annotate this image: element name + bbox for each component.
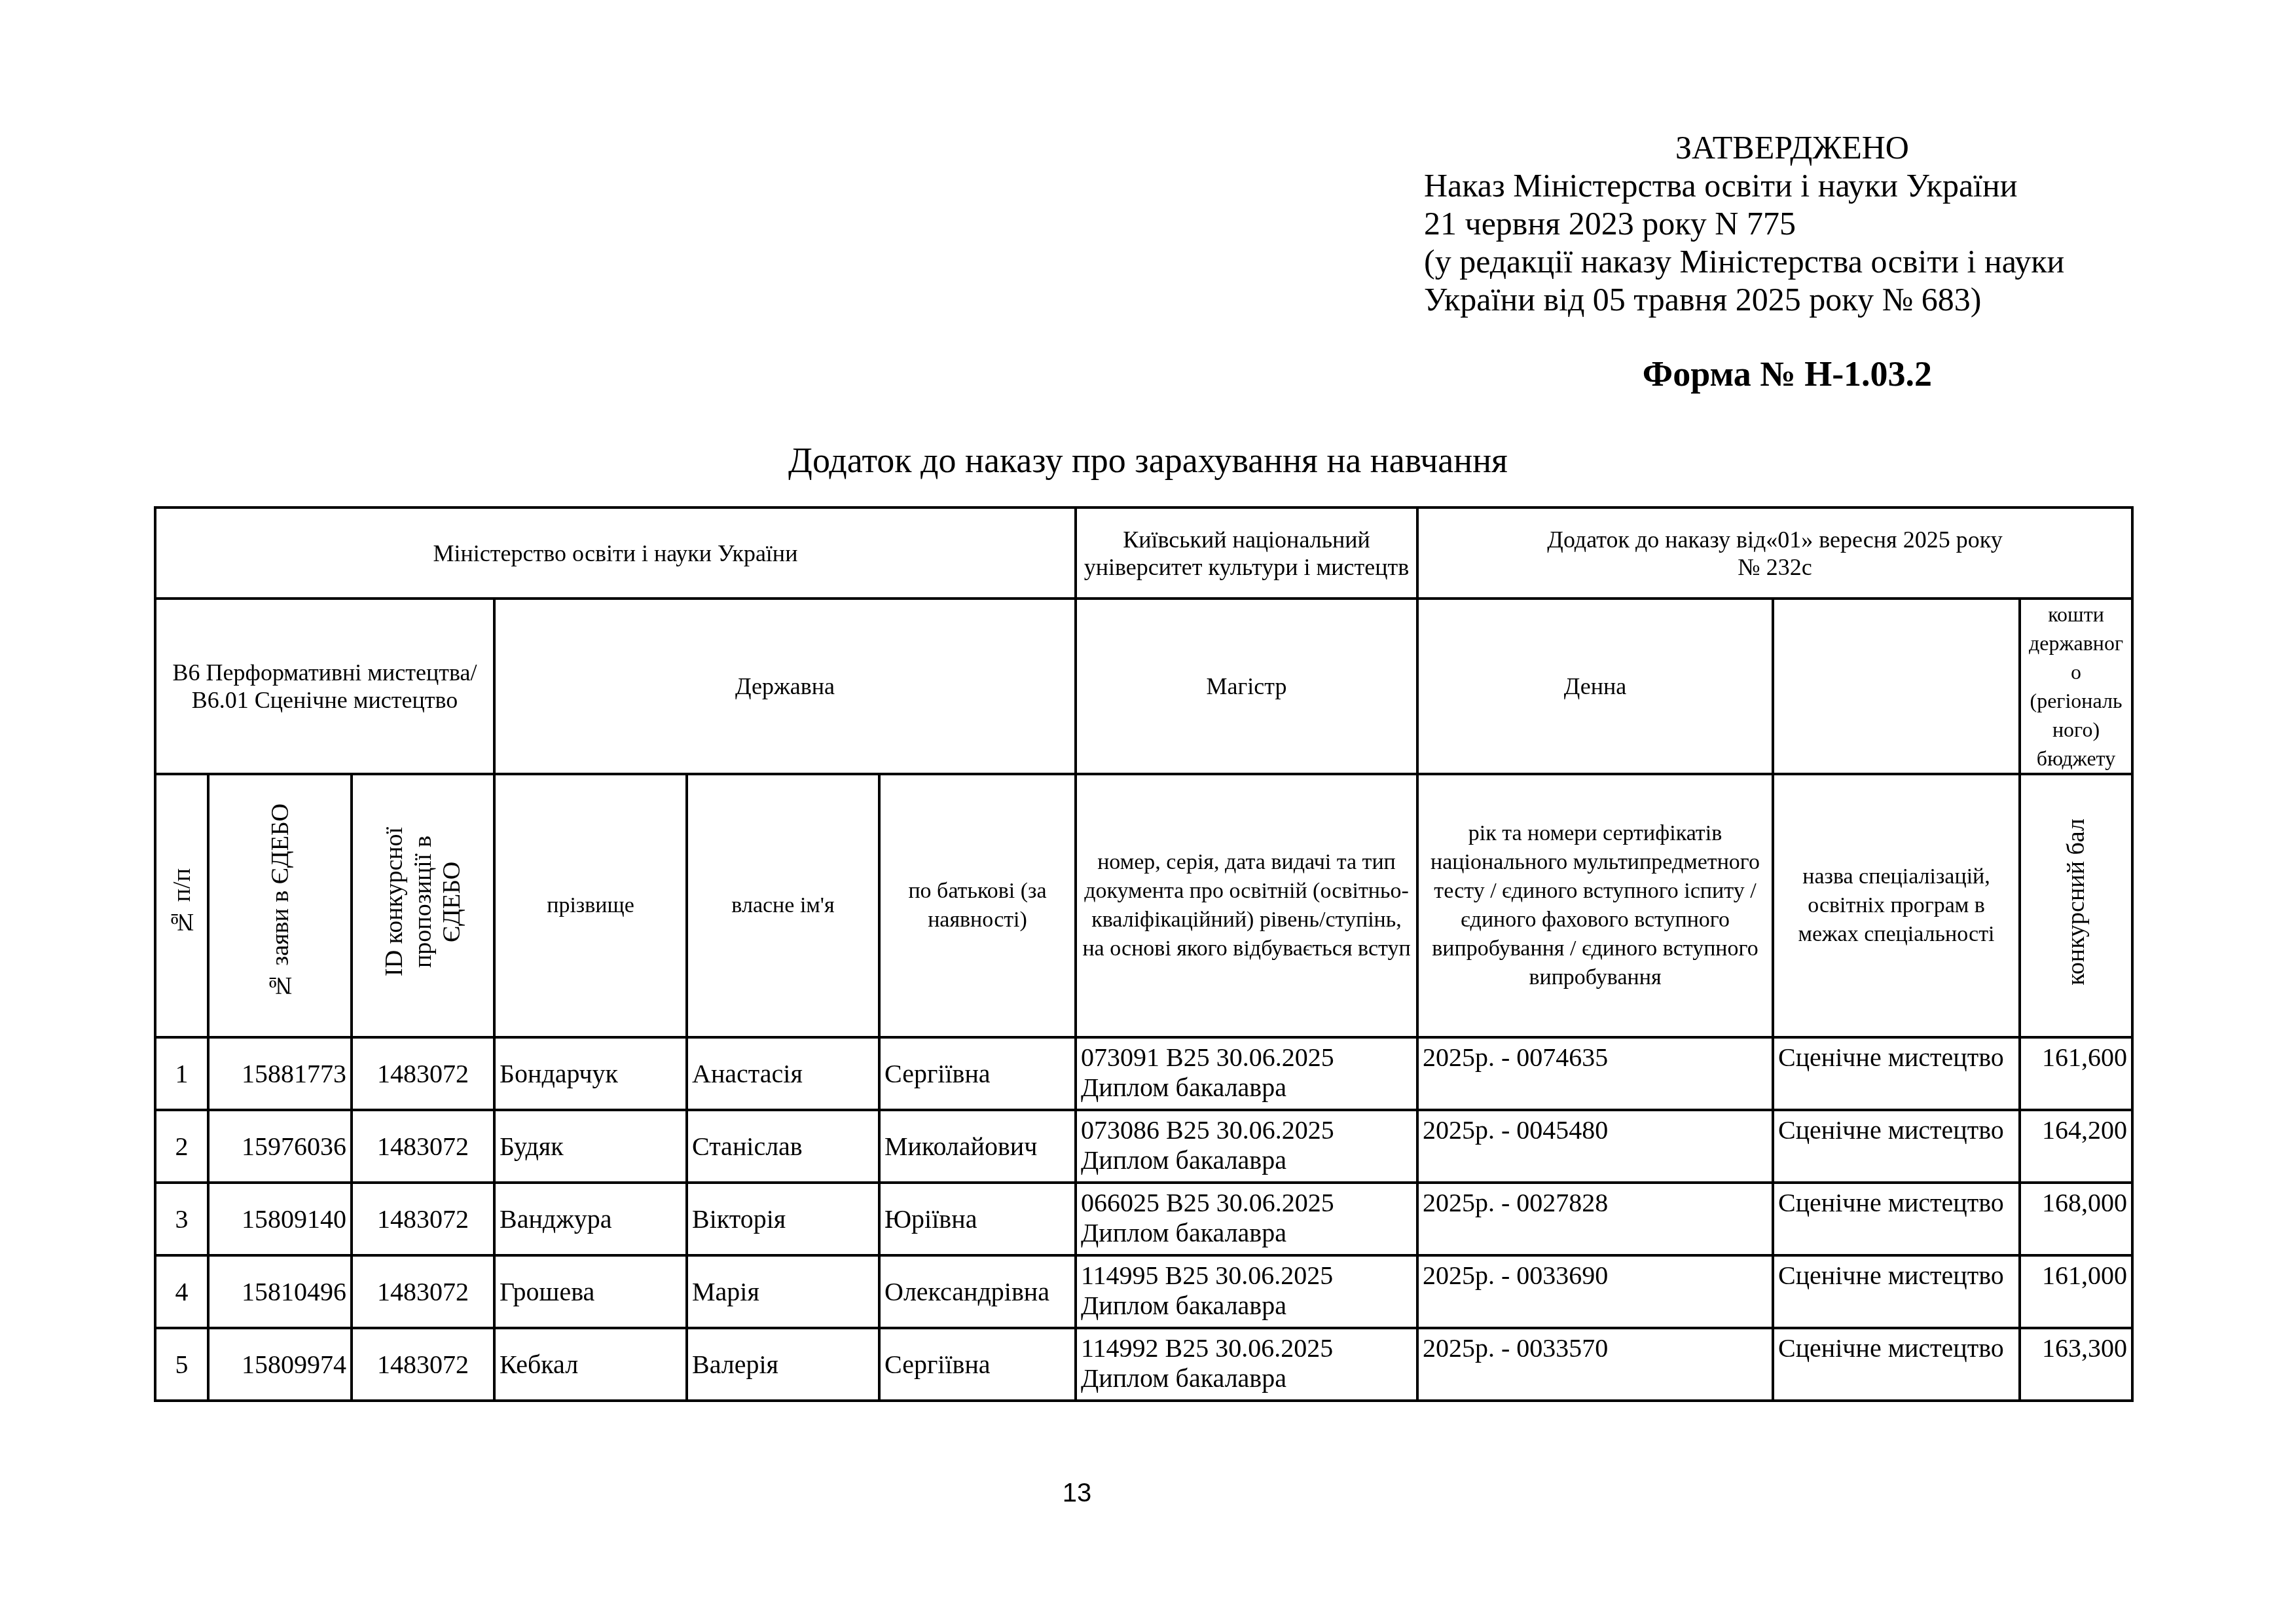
col-header-number: № п/п: [155, 774, 208, 1037]
study-form-cell: Денна: [1417, 599, 1773, 774]
competitive-score: 161,000: [2020, 1255, 2132, 1328]
col-header-offer-id: ID конкурсної пропозиції в ЄДЕБО: [352, 774, 494, 1037]
approval-block: ЗАТВЕРДЖЕНО Наказ Міністерства освіти і …: [1424, 128, 2160, 318]
col-header-document: номер, серія, дата видачі та тип докумен…: [1076, 774, 1417, 1037]
row-number: 1: [155, 1037, 208, 1110]
approved-heading: ЗАТВЕРДЖЕНО: [1424, 128, 2160, 166]
education-document: 114992 В25 30.06.2025Диплом бакалавра: [1076, 1328, 1417, 1401]
form-number: Форма № Н-1.03.2: [1375, 354, 2200, 394]
specialization: Сценічне мистецтво: [1773, 1328, 2020, 1401]
specialization: Сценічне мистецтво: [1773, 1255, 2020, 1328]
document-title: Додаток до наказу про зарахування на нав…: [0, 440, 2296, 481]
certificate: 2025р. - 0033570: [1417, 1328, 1773, 1401]
row-number: 5: [155, 1328, 208, 1401]
first-name: Вікторія: [687, 1183, 879, 1255]
specialization: Сценічне мистецтво: [1773, 1183, 2020, 1255]
certificate: 2025р. - 0045480: [1417, 1110, 1773, 1183]
blank-cell: [1773, 599, 2020, 774]
offer-id: 1483072: [352, 1255, 494, 1328]
order-date: Додаток до наказу від«01» вересня 2025 р…: [1423, 526, 2127, 553]
competitive-score: 163,300: [2020, 1328, 2132, 1401]
degree-cell: Магістр: [1076, 599, 1417, 774]
ministry-cell: Міністерство освіти і науки України: [155, 507, 1076, 599]
table-row: 4 15810496 1483072 Грошева Марія Олексан…: [155, 1255, 2132, 1328]
col-header-specialization: назва спеціалізацій, освітніх програм в …: [1773, 774, 2020, 1037]
enrollment-table: Міністерство освіти і науки України Київ…: [154, 506, 2134, 1402]
header-row-organization: Міністерство освіти і науки України Київ…: [155, 507, 2132, 599]
application-number: 15809974: [208, 1328, 352, 1401]
order-cell: Додаток до наказу від«01» вересня 2025 р…: [1417, 507, 2132, 599]
education-document: 066025 В25 30.06.2025Диплом бакалавра: [1076, 1183, 1417, 1255]
patronymic: Олександрівна: [879, 1255, 1076, 1328]
first-name: Анастасія: [687, 1037, 879, 1110]
ownership-cell: Державна: [494, 599, 1076, 774]
application-number: 15881773: [208, 1037, 352, 1110]
col-header-name: власне ім'я: [687, 774, 879, 1037]
specialty-cell: В6 Перформативні мистецтва/В6.01 Сценічн…: [155, 599, 494, 774]
col-header-score: конкурсний бал: [2020, 774, 2132, 1037]
certificate: 2025р. - 0027828: [1417, 1183, 1773, 1255]
page-number: 13: [0, 1479, 2154, 1508]
approval-line: Наказ Міністерства освіти і науки Україн…: [1424, 166, 2160, 204]
certificate: 2025р. - 0074635: [1417, 1037, 1773, 1110]
table-row: 3 15809140 1483072 Ванджура Вікторія Юрі…: [155, 1183, 2132, 1255]
table-row: 1 15881773 1483072 Бондарчук Анастасія С…: [155, 1037, 2132, 1110]
offer-id: 1483072: [352, 1183, 494, 1255]
surname: Кебкал: [494, 1328, 687, 1401]
col-header-application: № заяви в ЄДЕБО: [208, 774, 352, 1037]
application-number: 15809140: [208, 1183, 352, 1255]
certificate: 2025р. - 0033690: [1417, 1255, 1773, 1328]
education-document: 073086 В25 30.06.2025Диплом бакалавра: [1076, 1110, 1417, 1183]
col-header-patronymic: по батькові (за наявності): [879, 774, 1076, 1037]
application-number: 15976036: [208, 1110, 352, 1183]
col-header-certificates: рік та номери сертифікатів національного…: [1417, 774, 1773, 1037]
competitive-score: 164,200: [2020, 1110, 2132, 1183]
header-row-program: В6 Перформативні мистецтва/В6.01 Сценічн…: [155, 599, 2132, 774]
patronymic: Сергіївна: [879, 1037, 1076, 1110]
specialization: Сценічне мистецтво: [1773, 1110, 2020, 1183]
approval-line: 21 червня 2023 року N 775: [1424, 204, 2160, 242]
first-name: Валерія: [687, 1328, 879, 1401]
specialization: Сценічне мистецтво: [1773, 1037, 2020, 1110]
surname: Бондарчук: [494, 1037, 687, 1110]
first-name: Станіслав: [687, 1110, 879, 1183]
education-document: 073091 В25 30.06.2025Диплом бакалавра: [1076, 1037, 1417, 1110]
offer-id: 1483072: [352, 1328, 494, 1401]
col-header-surname: прізвище: [494, 774, 687, 1037]
column-header-row: № п/п № заяви в ЄДЕБО ID конкурсної проп…: [155, 774, 2132, 1037]
offer-id: 1483072: [352, 1037, 494, 1110]
funding-source-cell: кошти державног о (регіональ ного) бюдже…: [2020, 599, 2132, 774]
row-number: 2: [155, 1110, 208, 1183]
first-name: Марія: [687, 1255, 879, 1328]
offer-id: 1483072: [352, 1110, 494, 1183]
surname: Будяк: [494, 1110, 687, 1183]
approval-line: (у редакції наказу Міністерства освіти і…: [1424, 242, 2160, 280]
university-cell: Київський національний університет культ…: [1076, 507, 1417, 599]
row-number: 3: [155, 1183, 208, 1255]
application-number: 15810496: [208, 1255, 352, 1328]
patronymic: Сергіївна: [879, 1328, 1076, 1401]
competitive-score: 161,600: [2020, 1037, 2132, 1110]
surname: Грошева: [494, 1255, 687, 1328]
table-row: 5 15809974 1483072 Кебкал Валерія Сергії…: [155, 1328, 2132, 1401]
approval-line: України від 05 травня 2025 року № 683): [1424, 280, 2160, 318]
education-document: 114995 В25 30.06.2025Диплом бакалавра: [1076, 1255, 1417, 1328]
patronymic: Юріївна: [879, 1183, 1076, 1255]
competitive-score: 168,000: [2020, 1183, 2132, 1255]
order-number: № 232с: [1423, 553, 2127, 581]
table-row: 2 15976036 1483072 Будяк Станіслав Микол…: [155, 1110, 2132, 1183]
patronymic: Миколайович: [879, 1110, 1076, 1183]
row-number: 4: [155, 1255, 208, 1328]
surname: Ванджура: [494, 1183, 687, 1255]
